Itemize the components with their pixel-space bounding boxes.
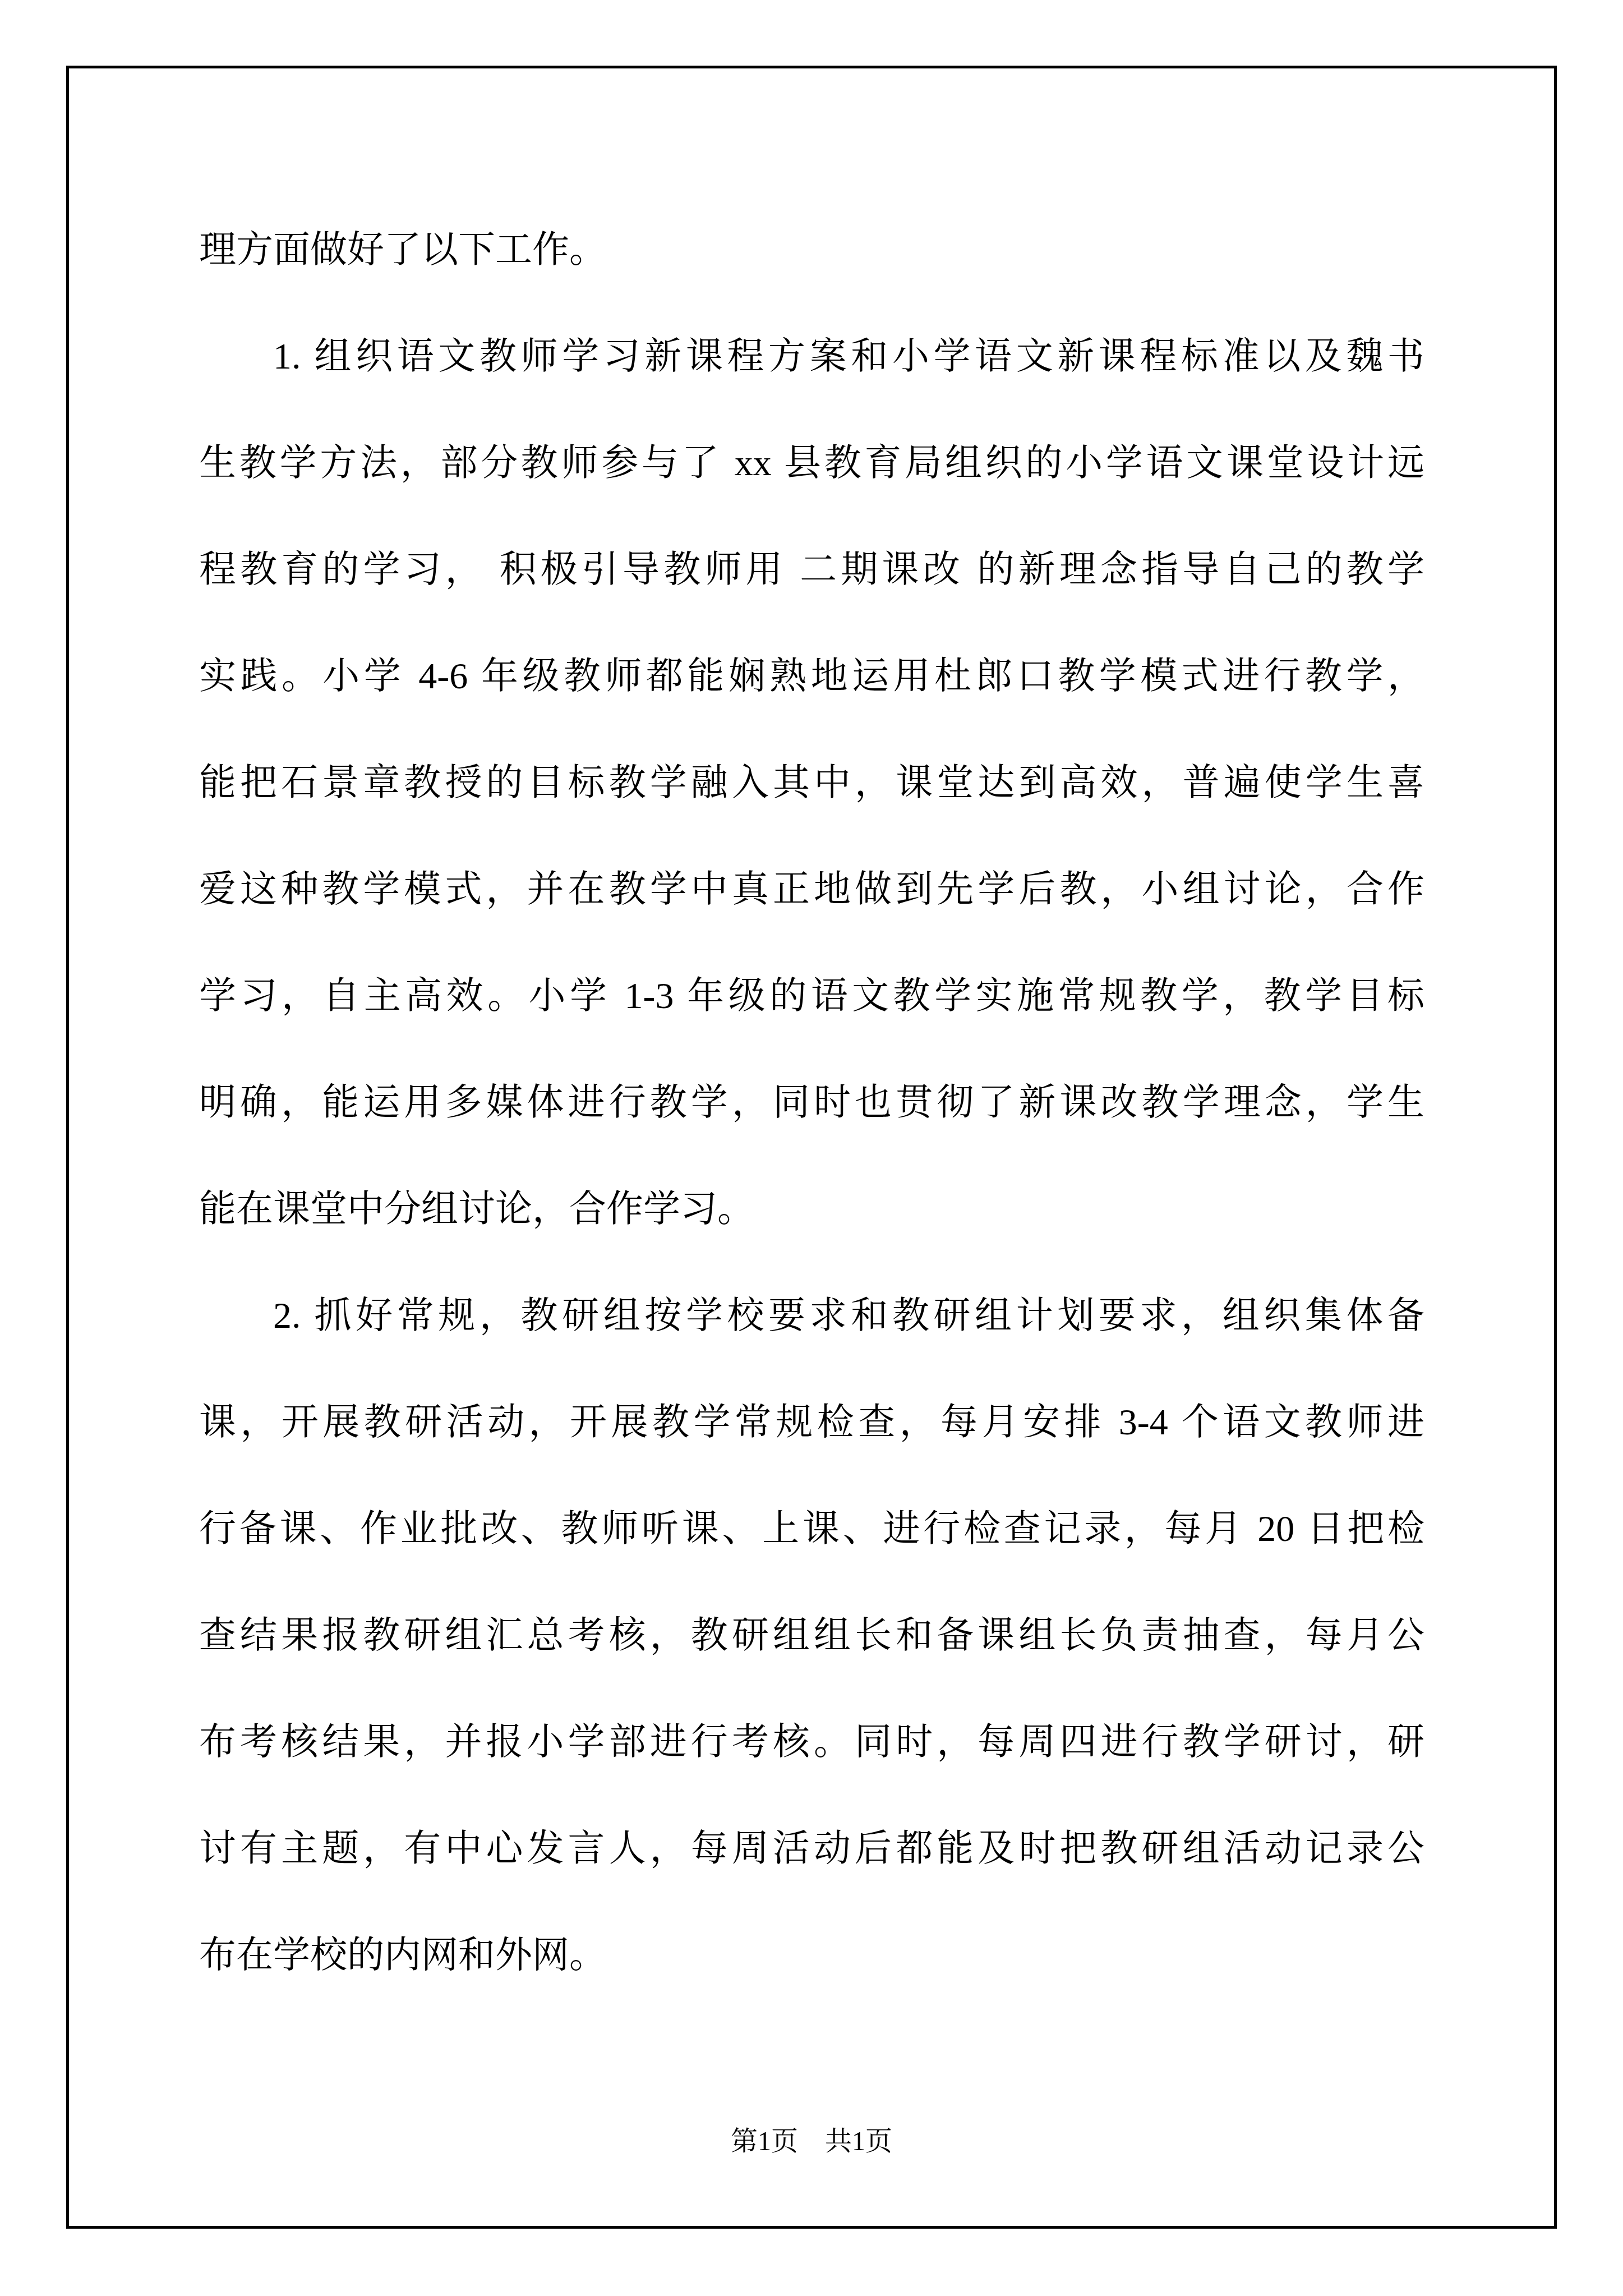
text-line: 程教育的学习， 积极引导教师用 二期课改 的新理念指导自己的教学 — [199, 517, 1424, 623]
text-line: 1. 组织语文教师学习新课程方案和小学语文新课程标准以及魏书 — [199, 303, 1424, 410]
text-line: 明确，能运用多媒体进行教学，同时也贯彻了新课改教学理念，学生 — [199, 1050, 1424, 1156]
text-line: 实践。小学 4-6 年级教师都能娴熟地运用杜郎口教学模式进行教学， — [199, 623, 1424, 730]
text-line: 能把石景章教授的目标教学融入其中，课堂达到高效，普遍使学生喜 — [199, 730, 1424, 836]
text-line: 布考核结果，并报小学部进行考核。同时，每周四进行教学研讨，研 — [199, 1689, 1424, 1796]
text-line: 布在学校的内网和外网。 — [199, 1902, 1424, 2009]
text-line: 查结果报教研组汇总考核，教研组组长和备课组长负责抽查，每月公 — [199, 1582, 1424, 1689]
text-line: 爱这种教学模式，并在教学中真正地做到先学后教，小组讨论，合作 — [199, 836, 1424, 943]
text-line: 讨有主题，有中心发言人，每周活动后都能及时把教研组活动记录公 — [199, 1796, 1424, 1902]
text-line: 能在课堂中分组讨论，合作学习。 — [199, 1156, 1424, 1263]
text-line: 学习，自主高效。小学 1-3 年级的语文教学实施常规教学，教学目标 — [199, 943, 1424, 1050]
document-page: { "colors": { "background": "#ffffff", "… — [0, 0, 1623, 2296]
text-line: 理方面做好了以下工作。 — [199, 197, 1424, 303]
text-line: 2. 抓好常规，教研组按学校要求和教研组计划要求，组织集体备 — [199, 1263, 1424, 1369]
document-body: 理方面做好了以下工作。1. 组织语文教师学习新课程方案和小学语文新课程标准以及魏… — [199, 197, 1424, 2009]
text-line: 行备课、作业批改、教师听课、上课、进行检查记录，每月 20 日把检 — [199, 1476, 1424, 1582]
text-line: 课，开展教研活动，开展教学常规检查，每月安排 3-4 个语文教师进 — [199, 1369, 1424, 1476]
text-line: 生教学方法，部分教师参与了 xx 县教育局组织的小学语文课堂设计远 — [199, 410, 1424, 517]
page-footer: 第1页 共1页 — [0, 2125, 1623, 2159]
